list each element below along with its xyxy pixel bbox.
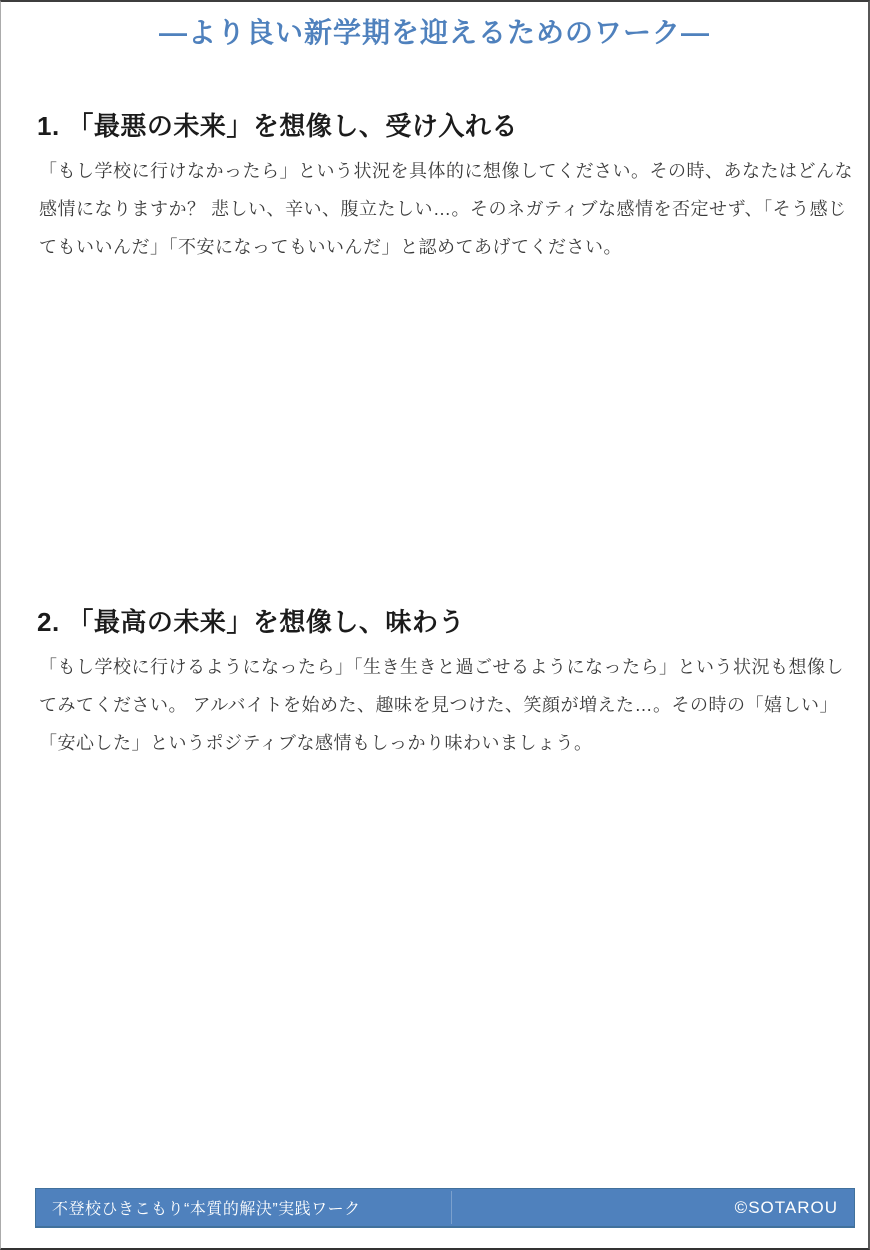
section-1-heading: 1. 「最悪の未来」を想像し、受け入れる — [37, 109, 518, 143]
section-2-body: 「もし学校に行けるようになったら」「生き生きと過ごせるようになったら」という状況… — [39, 648, 865, 762]
answer-space-2 — [39, 768, 839, 1183]
section-2-heading: 2. 「最高の未来」を想像し、味わう — [37, 605, 465, 639]
footer-left-label: 不登校ひきこもり“本質的解決”実践ワーク — [52, 1196, 361, 1219]
footer-copyright-label: ©SOTAROU — [735, 1198, 838, 1218]
section-1-body: 「もし学校に行けなかったら」という状況を具体的に想像してください。その時、あなた… — [39, 152, 865, 266]
worksheet-page: ―より良い新学期を迎えるためのワーク― 1. 「最悪の未来」を想像し、受け入れる… — [0, 0, 870, 1250]
page-title: ―より良い新学期を迎えるためのワーク― — [1, 15, 868, 51]
answer-space-1 — [39, 272, 839, 602]
footer-bar: 不登校ひきこもり“本質的解決”実践ワーク ©SOTAROU — [35, 1188, 855, 1228]
footer-cell-divider — [451, 1191, 452, 1224]
